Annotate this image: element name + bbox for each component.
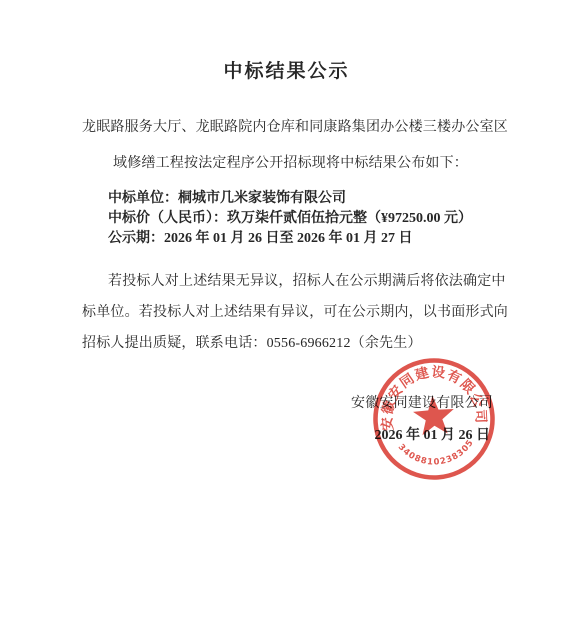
signature-date: 2026 年 01 月 26 日 [375,429,491,443]
award-unit-line: 中标单位：桐城市几米家装饰有限公司 [108,192,346,206]
notice-line-1: 若投标人对上述结果无异议，招标人在公示期满后将依法确定中 [108,275,506,289]
award-price-line: 中标价（人民币）：玖万柒仟贰佰伍拾元整（¥97250.00 元） [108,212,472,226]
notice-line-2: 标单位。若投标人对上述结果有异议，可在公示期内，以书面形式向 [82,306,508,320]
seal-ring [372,357,497,482]
official-seal-svg: 安徽安同建设有限公司 3408810238305 [365,350,504,489]
intro-line-1: 龙眠路服务大厅、龙眠路院内仓库和同康路集团办公楼三楼办公室区 [82,121,508,135]
award-period-line: 公示期：2026 年 01 月 26 日至 2026 年 01 月 27 日 [108,232,413,246]
signature-company: 安徽安同建设有限公司 [351,397,493,411]
notice-line-3: 招标人提出质疑，联系电话：0556-6966212（余先生） [82,337,422,351]
document-page: 中标结果公示 龙眠路服务大厅、龙眠路院内仓库和同康路集团办公楼三楼办公室区 域修… [0,0,573,620]
page-title: 中标结果公示 [0,56,573,83]
official-seal: 安徽安同建设有限公司 3408810238305 [365,350,504,489]
intro-line-2: 域修缮工程按法定程序公开招标现将中标结果公布如下： [113,157,468,171]
